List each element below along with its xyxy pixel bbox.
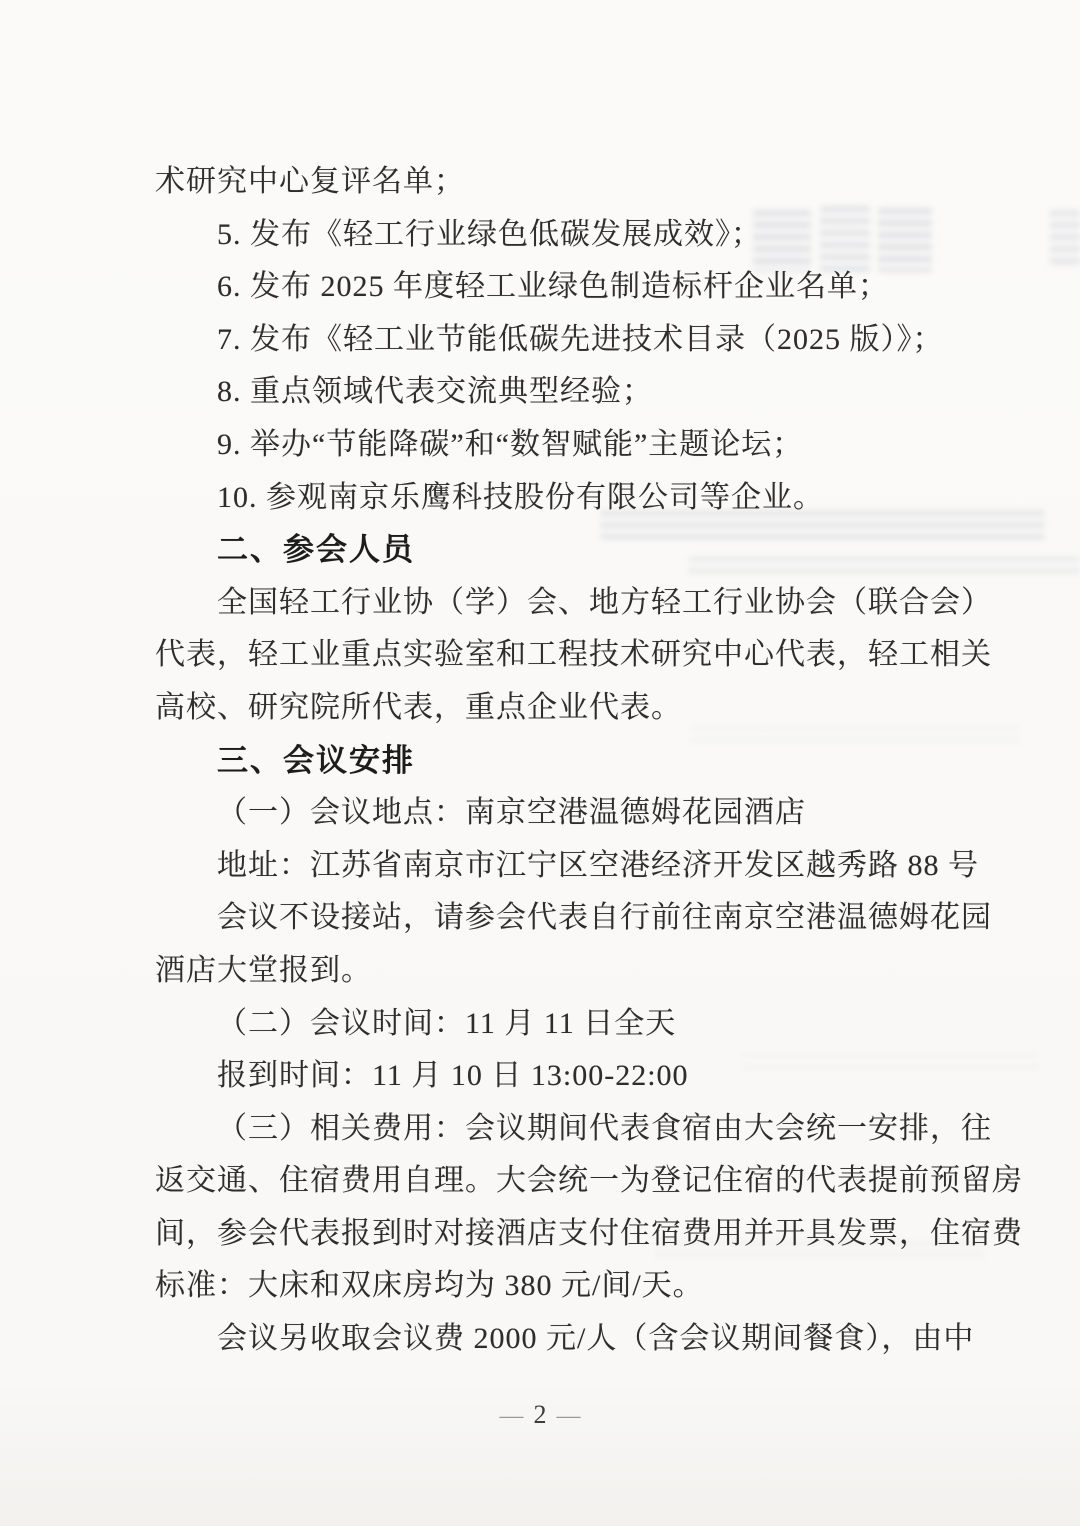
bleed-through-ghost bbox=[1050, 210, 1080, 270]
text-line: 10. 参观南京乐鹰科技股份有限公司等企业。 bbox=[155, 472, 947, 525]
text-line: 返交通、住宿费用自理。大会统一为登记住宿的代表提前预留房 bbox=[155, 1155, 947, 1208]
text-line: 高校、研究院所代表，重点企业代表。 bbox=[155, 682, 947, 735]
text-line: 术研究中心复评名单； bbox=[155, 156, 947, 209]
text-line: 全国轻工行业协（学）会、地方轻工行业协会（联合会） bbox=[155, 577, 947, 630]
page-number: 2 bbox=[534, 1400, 547, 1429]
document-page: 术研究中心复评名单；5. 发布《轻工行业绿色低碳发展成效》；6. 发布 2025… bbox=[0, 0, 1080, 1526]
section-heading: 二、参会人员 bbox=[155, 524, 947, 577]
text-line: 代表，轻工业重点实验室和工程技术研究中心代表，轻工相关 bbox=[155, 629, 947, 682]
text-line: 9. 举办“节能降碳”和“数智赋能”主题论坛； bbox=[155, 419, 947, 472]
text-line: 5. 发布《轻工行业绿色低碳发展成效》； bbox=[155, 209, 947, 262]
page-footer: —2— bbox=[0, 1396, 1080, 1435]
section-heading: 三、会议安排 bbox=[155, 735, 947, 788]
text-line: 标准：大床和双床房均为 380 元/间/天。 bbox=[155, 1260, 947, 1313]
text-line: 地址：江苏省南京市江宁区空港经济开发区越秀路 88 号 bbox=[155, 840, 947, 893]
text-line: （三）相关费用：会议期间代表食宿由大会统一安排，往 bbox=[155, 1103, 947, 1156]
footer-dash-left: — bbox=[490, 1403, 534, 1429]
text-line: （一）会议地点：南京空港温德姆花园酒店 bbox=[155, 787, 947, 840]
text-line: 会议另收取会议费 2000 元/人（含会议期间餐食），由中 bbox=[155, 1313, 947, 1366]
text-line: 间，参会代表报到时对接酒店支付住宿费用并开具发票，住宿费 bbox=[155, 1208, 947, 1261]
text-line: 8. 重点领域代表交流典型经验； bbox=[155, 366, 947, 419]
text-line: 酒店大堂报到。 bbox=[155, 945, 947, 998]
text-line: 7. 发布《轻工业节能低碳先进技术目录（2025 版）》； bbox=[155, 314, 947, 367]
text-line: （二）会议时间：11 月 11 日全天 bbox=[155, 998, 947, 1051]
text-line: 报到时间：11 月 10 日 13:00-22:00 bbox=[155, 1050, 947, 1103]
text-line: 会议不设接站，请参会代表自行前往南京空港温德姆花园 bbox=[155, 892, 947, 945]
text-line: 6. 发布 2025 年度轻工业绿色制造标杆企业名单； bbox=[155, 261, 947, 314]
document-body: 术研究中心复评名单；5. 发布《轻工行业绿色低碳发展成效》；6. 发布 2025… bbox=[155, 156, 947, 1366]
footer-dash-right: — bbox=[547, 1403, 591, 1429]
